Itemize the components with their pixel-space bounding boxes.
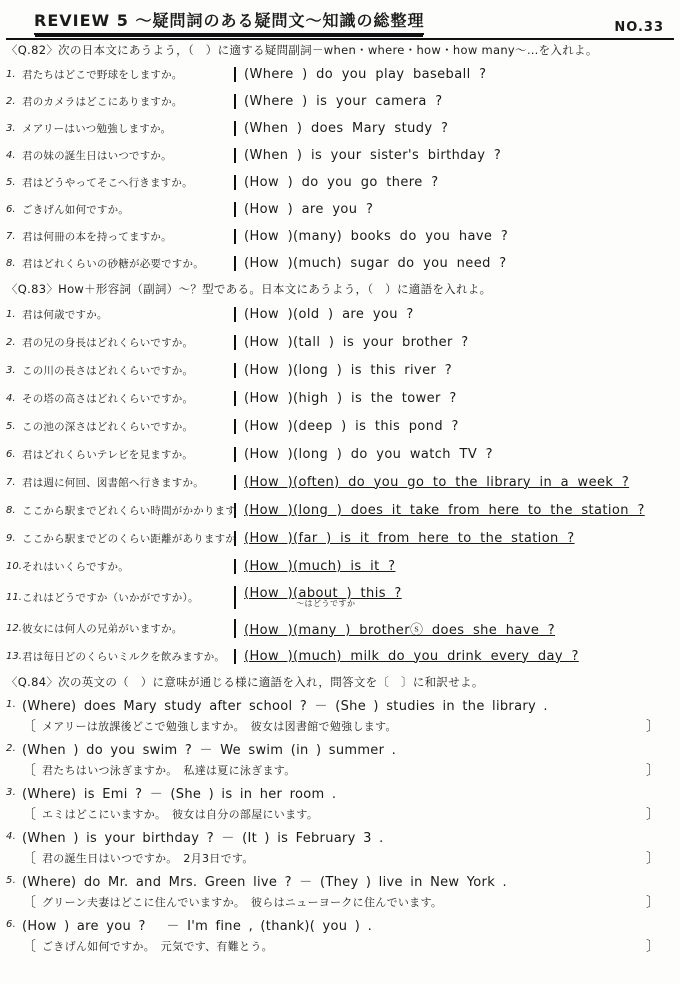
q82-item-row: 6.ごきげん如何ですか。 (How ) are you ? [6,196,674,223]
japanese-translation-line: 〔ごきげん如何ですか。 元気です、有難とう。〕 [6,935,674,956]
english-answer: (How )(far ) is it from here to the stat… [234,531,674,546]
q83-item-row: 8.ここから駅までどれくらい時間がかかりますか。 (How )(long ) d… [6,496,674,524]
english-qa-text: (When ) is your birthday ? － (It ) is Fe… [22,827,384,846]
q83-item-row: 2.君の兄の身長はどれくらいですか。 (How )(tall ) is your… [6,328,674,356]
japanese-prompt: この池の深さはどれくらいですか。 [22,419,193,434]
item-number: 8. [6,505,22,516]
japanese-prompt: 君はどれくらいの砂糖が必要ですか。 [22,256,204,271]
japanese-prompt: 君はどれくらいテレビを見ますか。 [22,447,193,462]
item-number: 3. [6,787,22,798]
japanese-prompt: 君はどうやってそこへ行きますか。 [22,175,193,190]
japanese-translation: メアリーは放課後どこで勉強しますか。 彼女は図書館で勉強します。 [36,718,646,734]
japanese-translation: 君の誕生日はいつですか。 2月3日です。 [36,850,646,866]
close-bracket: 〕 [646,848,660,868]
english-answer: (How )(many ) brotherⓢ does she have ? [234,619,674,638]
japanese-translation: グリーン夫妻はどこに住んでいますか。 彼らはニューヨークに住んでいます。 [36,894,646,910]
japanese-prompt: メアリーはいつ勉強しますか。 [22,121,171,136]
close-bracket: 〕 [646,716,660,736]
q83-item-row: 7.君は週に何回、図書館へ行きますか。 (How )(often) do you… [6,468,674,496]
japanese-prompt: 君は何冊の本を持ってますか。 [22,229,172,244]
english-answer: (How )(long ) do you watch TV ? [234,447,674,462]
japanese-translation-line: 〔君の誕生日はいつですか。 2月3日です。〕 [6,847,674,868]
item-number: 3. [6,365,22,376]
q84-exercise-block: 1.(Where) does Mary study after school ?… [6,693,674,956]
japanese-prompt: 君は週に何回、図書館へ行きますか。 [22,475,204,490]
japanese-translation-line: 〔君たちはいつ泳ぎますか。 私達は夏に泳ぎます。〕 [6,759,674,780]
english-qa-text: (How ) are you ? － I'm fine , (thank)( y… [22,915,372,934]
item-number: 5. [6,421,22,432]
english-answer: (How )(old ) are you ? [234,307,674,322]
item-number: 2. [6,96,22,107]
item-number: 12. [6,623,22,634]
item-number: 6. [6,449,22,460]
english-answer: (When ) is your sister's birthday ? [234,148,674,163]
page-title: REVIEW 5 ～疑問詞のある疑問文～知識の総整理 [34,8,424,35]
q84-item: 4.(When ) is your birthday ? － (It ) is … [6,825,674,868]
q83-item-row: 13.君は毎日どのくらいミルクを飲みますか。 (How )(much) milk… [6,642,674,670]
english-qa-text: (Where) does Mary study after school ? －… [22,695,548,714]
english-answer: (How )(much) milk do you drink every day… [234,649,674,664]
item-number: 9. [6,533,22,544]
japanese-prompt: 君のカメラはどこにありますか。 [22,94,183,109]
q82-item-row: 4.君の妹の誕生日はいつですか。 (When ) is your sister'… [6,142,674,169]
japanese-prompt: この川の長さはどれくらいですか。 [22,363,193,378]
japanese-prompt: これはどうですか（いかがですか）。 [22,590,199,605]
japanese-translation-line: 〔グリーン夫妻はどこに住んでいますか。 彼らはニューヨークに住んでいます。〕 [6,891,674,912]
q82-item-row: 1.君たちはどこで野球をしますか。 (Where ) do you play b… [6,61,674,88]
q83-item-row: 5.この池の深さはどれくらいですか。 (How )(deep ) is this… [6,412,674,440]
item-number: 5. [6,177,22,188]
english-answer: (How )(tall ) is your brother ? [234,335,674,350]
english-answer: (How )(much) is it ? [234,559,674,574]
english-answer: (How )(about ) this ?～はどうですか [234,586,674,609]
q82-item-row: 5.君はどうやってそこへ行きますか。 (How ) do you go ther… [6,169,674,196]
japanese-translation: エミはどこにいますか。 彼女は自分の部屋にいます。 [36,806,646,822]
japanese-prompt: 君の兄の身長はどれくらいですか。 [22,335,193,350]
item-number: 1. [6,309,22,320]
close-bracket: 〕 [646,760,660,780]
q84-item: 2.(When ) do you swim ? － We swim (in ) … [6,737,674,780]
item-number: 1. [6,69,22,80]
q83-item-row: 1.君は何歳ですか。 (How )(old ) are you ? [6,300,674,328]
item-number: 7. [6,231,22,242]
item-number: 10. [6,561,22,572]
q82-item-row: 8.君はどれくらいの砂糖が必要ですか。 (How )(much) sugar d… [6,250,674,277]
item-number: 2. [6,337,22,348]
japanese-prompt: ここから駅までどれくらい時間がかかりますか。 [22,503,234,518]
english-answer: (Where ) is your camera ? [234,94,674,109]
q83-instructions: 〈Q.83〉How＋形容詞（副詞）～？型である。日本文にあうよう，（ ）に適語を… [6,281,674,297]
japanese-prompt: 君は何歳ですか。 [22,307,108,322]
q83-item-row: 4.その塔の高さはどれくらいですか。 (How )(high ) is the … [6,384,674,412]
q83-exercise-block: 1.君は何歳ですか。 (How )(old ) are you ? 2.君の兄の… [6,300,674,670]
english-answer: (How ) do you go there ? [234,175,674,190]
q82-exercise-block: 1.君たちはどこで野球をしますか。 (Where ) do you play b… [6,61,674,277]
english-qa-line: 5.(Where) do Mr. and Mrs. Green live ? －… [6,869,674,891]
open-bracket: 〔 [22,804,36,824]
japanese-translation: 君たちはいつ泳ぎますか。 私達は夏に泳ぎます。 [36,762,646,778]
japanese-translation-line: 〔エミはどこにいますか。 彼女は自分の部屋にいます。〕 [6,803,674,824]
item-number: 1. [6,699,22,710]
page-number: NO.33 [614,20,664,35]
english-answer: (Where ) do you play baseball ? [234,67,674,82]
english-qa-text: (Where) is Emi ? － (She ) is in her room… [22,783,336,802]
q82-item-row: 3.メアリーはいつ勉強しますか。 (When ) does Mary study… [6,115,674,142]
worksheet-page: REVIEW 5 ～疑問詞のある疑問文～知識の総整理 NO.33 〈Q.82〉次… [0,0,680,984]
english-qa-line: 4.(When ) is your birthday ? － (It ) is … [6,825,674,847]
english-answer: (How ) are you ? [234,202,674,217]
japanese-prompt: 君は毎日どのくらいミルクを飲みますか。 [22,649,225,664]
q83-item-row: 9.ここから駅までどのくらい距離がありますか。 (How )(far ) is … [6,524,674,552]
japanese-prompt: その塔の高さはどれくらいですか。 [22,391,193,406]
q83-item-row: 3.この川の長さはどれくらいですか。 (How )(long ) is this… [6,356,674,384]
english-qa-line: 2.(When ) do you swim ? － We swim (in ) … [6,737,674,759]
japanese-prompt: それはいくらですか。 [22,559,129,574]
japanese-prompt: ごきげん如何ですか。 [22,202,129,217]
q84-item: 5.(Where) do Mr. and Mrs. Green live ? －… [6,869,674,912]
english-qa-text: (Where) do Mr. and Mrs. Green live ? － (… [22,871,507,890]
close-bracket: 〕 [646,936,660,956]
japanese-prompt: 君の妹の誕生日はいつですか。 [22,148,172,163]
open-bracket: 〔 [22,892,36,912]
japanese-prompt: 君たちはどこで野球をしますか。 [22,67,183,82]
english-qa-text: (When ) do you swim ? － We swim (in ) su… [22,739,396,758]
english-answer: (When ) does Mary study ? [234,121,674,136]
item-number: 13. [6,651,22,662]
q82-instructions: 〈Q.82〉次の日本文にあうよう，（ ）に適する疑問副詞－when・where・… [6,42,674,58]
item-number: 11. [6,592,22,603]
open-bracket: 〔 [22,848,36,868]
english-qa-line: 6.(How ) are you ? － I'm fine , (thank)(… [6,913,674,935]
english-qa-line: 3.(Where) is Emi ? － (She ) is in her ro… [6,781,674,803]
item-number: 3. [6,123,22,134]
item-number: 2. [6,743,22,754]
q84-item: 1.(Where) does Mary study after school ?… [6,693,674,736]
japanese-prompt: 彼女には何人の兄弟がいますか。 [22,621,183,636]
item-number: 6. [6,919,22,930]
english-qa-line: 1.(Where) does Mary study after school ?… [6,693,674,715]
english-answer: (How )(much) sugar do you need ? [234,256,674,271]
english-answer: (How )(many) books do you have ? [234,229,674,244]
japanese-prompt: ここから駅までどのくらい距離がありますか。 [22,531,234,546]
english-answer: (How )(long ) does it take from here to … [234,503,674,518]
japanese-translation-line: 〔メアリーは放課後どこで勉強しますか。 彼女は図書館で勉強します。〕 [6,715,674,736]
q83-item-row: 10.それはいくらですか。 (How )(much) is it ? [6,552,674,580]
header-rule [6,38,674,40]
worksheet-header: REVIEW 5 ～疑問詞のある疑問文～知識の総整理 NO.33 [6,8,674,35]
english-answer: (How )(high ) is the tower ? [234,391,674,406]
item-number: 8. [6,258,22,269]
open-bracket: 〔 [22,760,36,780]
open-bracket: 〔 [22,936,36,956]
q83-item-row: 12.彼女には何人の兄弟がいますか。 (How )(many ) brother… [6,614,674,642]
english-answer: (How )(often) do you go to the library i… [234,475,674,490]
q83-item-row: 6.君はどれくらいテレビを見ますか。 (How )(long ) do you … [6,440,674,468]
q84-instructions: 〈Q.84〉次の英文の（ ）に意味が通じる様に適語を入れ，問答文を〔 〕に和訳せ… [6,674,674,690]
item-number: 5. [6,875,22,886]
annotation-note: ～はどうですか [296,598,674,609]
item-number: 4. [6,150,22,161]
q82-item-row: 7.君は何冊の本を持ってますか。 (How )(many) books do y… [6,223,674,250]
open-bracket: 〔 [22,716,36,736]
close-bracket: 〕 [646,892,660,912]
q82-item-row: 2.君のカメラはどこにありますか。 (Where ) is your camer… [6,88,674,115]
item-number: 7. [6,477,22,488]
q84-item: 3.(Where) is Emi ? － (She ) is in her ro… [6,781,674,824]
q83-item-row: 11.これはどうですか（いかがですか）。 (How )(about ) this… [6,580,674,614]
japanese-translation: ごきげん如何ですか。 元気です、有難とう。 [36,938,646,954]
item-number: 4. [6,393,22,404]
english-answer: (How )(deep ) is this pond ? [234,419,674,434]
item-number: 4. [6,831,22,842]
item-number: 6. [6,204,22,215]
close-bracket: 〕 [646,804,660,824]
english-answer: (How )(long ) is this river ? [234,363,674,378]
q84-item: 6.(How ) are you ? － I'm fine , (thank)(… [6,913,674,956]
